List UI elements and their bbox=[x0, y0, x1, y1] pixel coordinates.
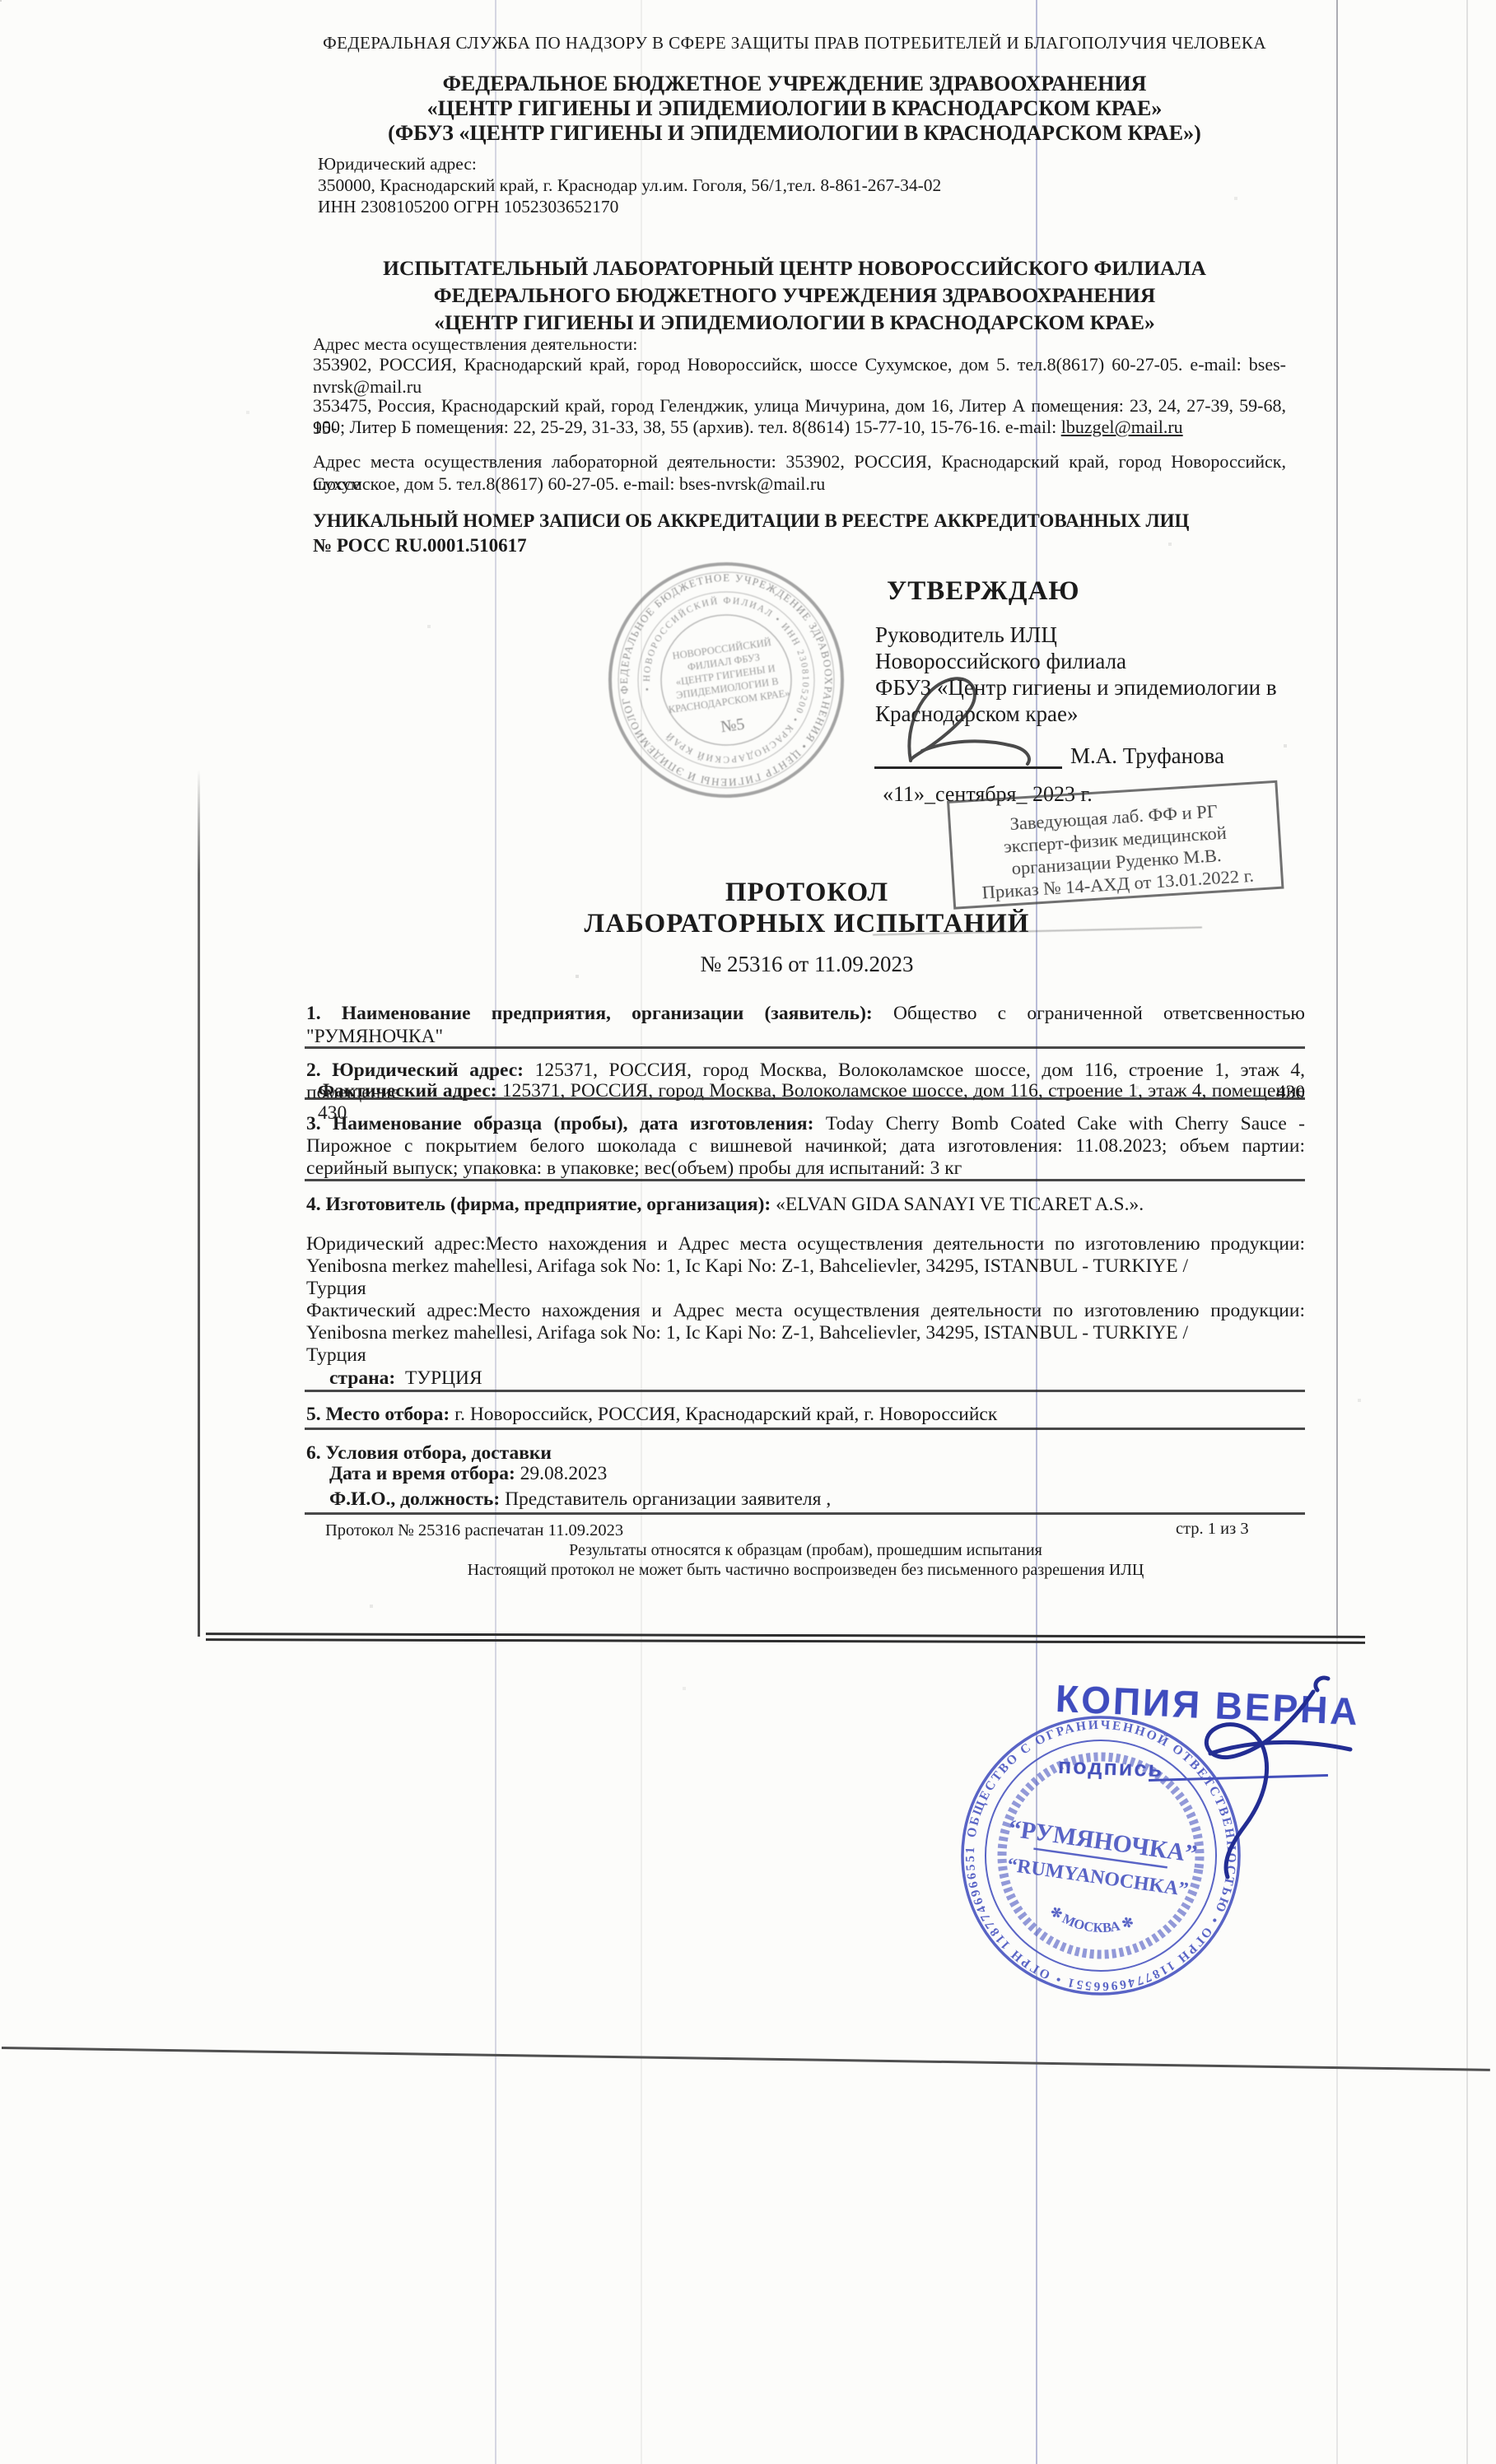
org-name-line3: (ФБУЗ «ЦЕНТР ГИГИЕНЫ И ЭПИДЕМИОЛОГИИ В К… bbox=[210, 121, 1379, 146]
item4-country-value: ТУРЦИЯ bbox=[405, 1367, 482, 1389]
company-stamp-city: ✻ МОСКВА ✻ bbox=[1046, 1902, 1138, 1940]
round-stamp-center-line4: ЭПИДЕМИОЛОГИИ В bbox=[675, 675, 779, 701]
activity-address-label: Адрес места осуществления деятельности: bbox=[313, 333, 637, 355]
item1-value: Общество с ограниченной ответсвенностью bbox=[893, 1003, 1305, 1024]
item5-row: 5. Место отбора: г. Новороссийск, РОССИЯ… bbox=[306, 1404, 1305, 1426]
page-bottom-rule-1 bbox=[206, 1633, 1365, 1637]
svg-text:ФЕДЕРАЛЬНОЕ БЮДЖЕТНОЕ УЧРЕЖДЕН: ФЕДЕРАЛЬНОЕ БЮДЖЕТНОЕ УЧРЕЖДЕНИЕ ЗДРАВОО… bbox=[603, 557, 849, 803]
separator-4 bbox=[305, 1390, 1305, 1392]
round-stamp-center-line2: ФИЛИАЛ ФБУЗ bbox=[687, 651, 761, 673]
separator-3 bbox=[305, 1179, 1305, 1181]
email-lbuzgel: lbuzgel@mail.ru bbox=[1061, 417, 1183, 437]
copy-page-left-edge bbox=[198, 770, 200, 1637]
svg-text:• НОВОРОССИЙСКИЙ ФИЛИАЛ • ИНН: • НОВОРОССИЙСКИЙ ФИЛИАЛ • ИНН 2308105200… bbox=[631, 584, 821, 776]
item6-fio-value: Представитель организации заявителя , bbox=[505, 1488, 831, 1510]
item2-label: 2. Юридический адрес: bbox=[306, 1060, 524, 1081]
item3-row3: серийный выпуск; упаковка: в упаковке; в… bbox=[306, 1157, 1305, 1180]
approve-heading: УТВЕРЖДАЮ bbox=[887, 576, 1080, 607]
footer-note2: Настоящий протокол не может быть частичн… bbox=[306, 1561, 1305, 1580]
item6-date-value: 29.08.2023 bbox=[520, 1463, 608, 1484]
item6-label: 6. Условия отбора, доставки bbox=[306, 1442, 1305, 1465]
approver-signature bbox=[888, 668, 1060, 776]
activity-address2-line2-text: 100; Литер Б помещения: 22, 25-29, 31-33… bbox=[313, 417, 1061, 437]
legal-address-value: 350000, Краснодарский край, г. Краснодар… bbox=[318, 175, 941, 196]
activity-address2-line2: 100; Литер Б помещения: 22, 25-29, 31-33… bbox=[313, 416, 1286, 438]
item1-label: 1. Наименование предприятия, организации… bbox=[306, 1003, 873, 1024]
approver-name: М.А. Труфанова bbox=[1070, 743, 1224, 769]
item4-jur-line3: Турция bbox=[306, 1278, 1305, 1300]
round-stamp-org: ФЕДЕРАЛЬНОЕ БЮДЖЕТНОЕ УЧРЕЖДЕНИЕ ЗДРАВОО… bbox=[603, 557, 850, 803]
round-stamp-number: №5 bbox=[720, 715, 746, 737]
approver-line1: Руководитель ИЛЦ bbox=[875, 622, 1057, 648]
protocol-number-line: № 25316 от 11.09.2023 bbox=[214, 952, 1400, 977]
scan-fold-line-edge bbox=[1466, 0, 1468, 2464]
separator-6 bbox=[305, 1512, 1305, 1515]
item6-fio-row: Ф.И.О., должность: Представитель организ… bbox=[306, 1488, 1328, 1511]
footer-protocol-printed: Протокол № 25316 распечатан 11.09.2023 bbox=[325, 1521, 623, 1540]
lab-address-line2: Сухумское, дом 5. тел.8(8617) 60-27-05. … bbox=[313, 473, 1286, 495]
approver-signature-line bbox=[874, 766, 1062, 769]
item5-label: 5. Место отбора: bbox=[306, 1404, 450, 1425]
item6-fio-label: Ф.И.О., должность: bbox=[329, 1488, 500, 1510]
item4-label: 4. Изготовитель (фирма, предприятие, орг… bbox=[306, 1194, 771, 1215]
item3-value: Today Cherry Bomb Coated Cake with Cherr… bbox=[826, 1113, 1305, 1134]
scan-fold-line-right bbox=[1336, 0, 1338, 1638]
protocol-title: ПРОТОКОЛ bbox=[214, 878, 1400, 908]
separator-2 bbox=[305, 1097, 1305, 1100]
page-bottom-rule-2 bbox=[206, 1638, 1365, 1643]
footer-page-number: стр. 1 из 3 bbox=[1176, 1520, 1249, 1539]
separator-1 bbox=[305, 1046, 1305, 1049]
round-stamp-inner-arc-text: • НОВОРОССИЙСКИЙ ФИЛИАЛ • ИНН 2308105200… bbox=[631, 584, 821, 776]
ilc-title-line3: «ЦЕНТР ГИГИЕНЫ И ЭПИДЕМИОЛОГИИ В КРАСНОД… bbox=[210, 310, 1379, 335]
footer-note1: Результаты относятся к образцам (пробам)… bbox=[306, 1541, 1305, 1560]
separator-5 bbox=[305, 1428, 1305, 1430]
item4-fact-line2: Yenibosna merkez mahellesi, Arifaga sok … bbox=[306, 1322, 1305, 1344]
federal-service-line: ФЕДЕРАЛЬНАЯ СЛУЖБА ПО НАДЗОРУ В СФЕРЕ ЗА… bbox=[210, 33, 1379, 54]
item1-line2: "РУМЯНОЧКА" bbox=[306, 1026, 1305, 1048]
item4-value: «ELVAN GIDA SANAYI VE TICARET A.S.». bbox=[776, 1194, 1144, 1215]
copy-signature bbox=[1149, 1667, 1379, 1898]
scan-page-bottom-edge bbox=[2, 2047, 1490, 2070]
accreditation-line1: УНИКАЛЬНЫЙ НОМЕР ЗАПИСИ ОБ АККРЕДИТАЦИИ … bbox=[313, 510, 1189, 532]
round-stamp-center-line1: НОВОРОССИЙСКИЙ bbox=[672, 636, 772, 662]
svg-text:✻ МОСКВА ✻: ✻ МОСКВА ✻ bbox=[1046, 1902, 1138, 1940]
org-name-line1: ФЕДЕРАЛЬНОЕ БЮДЖЕТНОЕ УЧРЕЖДЕНИЕ ЗДРАВОО… bbox=[210, 72, 1379, 96]
accreditation-line2: № РОСС RU.0001.510617 bbox=[313, 535, 527, 557]
ilc-title-line2: ФЕДЕРАЛЬНОГО БЮДЖЕТНОГО УЧРЕЖДЕНИЯ ЗДРАВ… bbox=[210, 283, 1379, 308]
protocol-subtitle: ЛАБОРАТОРНЫХ ИСПЫТАНИЙ bbox=[214, 909, 1400, 939]
item3-label: 3. Наименование образца (пробы), дата из… bbox=[306, 1113, 813, 1134]
ilc-title-line1: ИСПЫТАТЕЛЬНЫЙ ЛАБОРАТОРНЫЙ ЦЕНТР НОВОРОС… bbox=[210, 256, 1379, 281]
item4-country-label: страна: bbox=[329, 1367, 395, 1389]
item6-date-label: Дата и время отбора: bbox=[329, 1463, 515, 1484]
round-stamp-center-line3: «ЦЕНТР ГИГИЕНЫ И bbox=[675, 663, 776, 688]
item4-country-row: страна: ТУРЦИЯ bbox=[306, 1367, 1328, 1390]
round-stamp-center-line5: КРАСНОДАРСКОМ КРАЕ» bbox=[668, 687, 790, 715]
legal-address-label: Юридический адрес: bbox=[318, 153, 477, 175]
inn-ogrn-line: ИНН 2308105200 ОГРН 1052303652170 bbox=[318, 196, 618, 217]
org-name-line2: «ЦЕНТР ГИГИЕНЫ И ЭПИДЕМИОЛОГИИ В КРАСНОД… bbox=[210, 96, 1379, 121]
item4-row: 4. Изготовитель (фирма, предприятие, орг… bbox=[306, 1194, 1305, 1216]
item4-jur-line2: Yenibosna merkez mahellesi, Arifaga sok … bbox=[306, 1255, 1305, 1278]
scanned-protocol-page: ФЕДЕРАЛЬНАЯ СЛУЖБА ПО НАДЗОРУ В СФЕРЕ ЗА… bbox=[0, 0, 1496, 2464]
item6-date-row: Дата и время отбора: 29.08.2023 bbox=[306, 1463, 1328, 1485]
item4-fact-line3: Турция bbox=[306, 1344, 1305, 1367]
item5-value: г. Новороссийск, РОССИЯ, Краснодарский к… bbox=[454, 1404, 997, 1425]
scan-speckles bbox=[0, 0, 2, 2]
round-stamp-outer-arc-text: ФЕДЕРАЛЬНОЕ БЮДЖЕТНОЕ УЧРЕЖДЕНИЕ ЗДРАВОО… bbox=[603, 557, 849, 803]
